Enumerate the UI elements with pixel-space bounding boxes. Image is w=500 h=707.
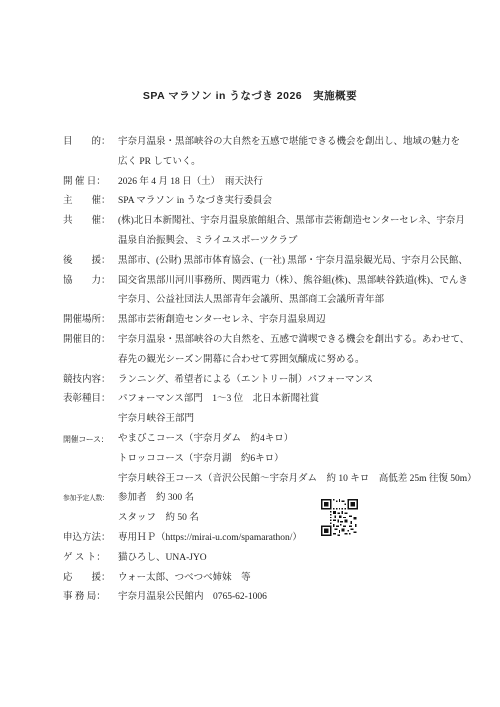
row-line: 黒部市、(公財) 黒部市体育協会、(一社) 黒部・宇奈月温泉観光局、宇奈月公民館… — [118, 252, 468, 272]
row-content: 国交省黒部川河川事務所、関西電力（株）、熊谷組(株)、黒部峡谷鉄道(株)、でんき… — [118, 272, 468, 312]
row-label: 応 援： — [63, 569, 118, 589]
row-content: やまびこコース（宇奈月ダム 約4キロ）トロッココース（宇奈月湖 約6キロ）宇奈月… — [118, 430, 477, 489]
info-row: 協 力：国交省黒部川河川事務所、関西電力（株）、熊谷組(株)、黒部峡谷鉄道(株)… — [63, 272, 448, 312]
row-label: 協 力： — [63, 272, 118, 292]
info-row: 応 援：ウォー太郎、つべつべ姉妹 等 — [63, 569, 448, 589]
row-content: ランニング、希望者による（エントリー制）パフォーマンス — [118, 371, 448, 391]
row-line: ウォー太郎、つべつべ姉妹 等 — [118, 569, 448, 589]
row-label: 開催コース： — [63, 430, 118, 450]
info-row: 主 催：SPA マラソン in うなづき実行委員会 — [63, 192, 448, 212]
row-label: ゲ ス ト： — [63, 549, 118, 569]
info-row: 申込方法：専用ＨＰ（https://mirai-u.com/spamaratho… — [63, 529, 448, 549]
info-row: 事 務 局：宇奈月温泉公民館内 0765-62-1006 — [63, 588, 448, 608]
row-line: 春先の観光シーズン開幕に合わせて雰囲気醸成に努める。 — [118, 351, 469, 371]
info-row: 表彰種目：パフォーマンス部門 1～3 位 北日本新聞社賞宇奈月峡谷王部門 — [63, 390, 448, 430]
row-content: 2026 年 4 月 18 日（土） 雨天決行 — [118, 173, 448, 193]
row-line: トロッココース（宇奈月湖 約6キロ） — [118, 450, 477, 470]
row-content: (株)北日本新聞社、宇奈月温泉旅館組合、黒部市芸術創造センターセレネ、宇奈月温泉… — [118, 212, 465, 252]
row-line: 宇奈月温泉・黒部峡谷の大自然を、五感で満喫できる機会を創出する。あわせて、 — [118, 331, 469, 351]
row-line: 猫ひろし、UNA-JYO — [118, 549, 448, 569]
row-label: 開 催 日： — [63, 173, 118, 193]
row-content: 宇奈月温泉・黒部峡谷の大自然を五感で堪能できる機会を創出し、地域の魅力を広く P… — [118, 133, 460, 173]
document-page: SPA マラソン in うなづき 2026 実施概要 目 的：宇奈月温泉・黒部峡… — [0, 0, 500, 707]
row-content: パフォーマンス部門 1～3 位 北日本新聞社賞宇奈月峡谷王部門 — [118, 390, 448, 430]
info-row: 開 催 日：2026 年 4 月 18 日（土） 雨天決行 — [63, 173, 448, 193]
info-row: 開催場所：黒部市芸術創造センターセレネ、宇奈月温泉周辺 — [63, 311, 448, 331]
row-content: 参加者 約 300 名スタッフ 約 50 名 — [118, 489, 448, 529]
row-label: 開催場所： — [63, 311, 118, 331]
row-line: パフォーマンス部門 1～3 位 北日本新聞社賞 — [118, 390, 448, 410]
info-row: ゲ ス ト：猫ひろし、UNA-JYO — [63, 549, 448, 569]
row-content: SPA マラソン in うなづき実行委員会 — [118, 192, 448, 212]
row-content: ウォー太郎、つべつべ姉妹 等 — [118, 569, 448, 589]
row-line: 温泉自治振興会、ミライユスポーツクラブ — [118, 232, 465, 252]
row-content: 猫ひろし、UNA-JYO — [118, 549, 448, 569]
row-line: 広く PR していく。 — [118, 153, 460, 173]
qr-code-icon — [321, 499, 358, 536]
row-line: 2026 年 4 月 18 日（土） 雨天決行 — [118, 173, 448, 193]
info-row: 競技内容：ランニング、希望者による（エントリー制）パフォーマンス — [63, 371, 448, 391]
row-content: 黒部市芸術創造センターセレネ、宇奈月温泉周辺 — [118, 311, 448, 331]
info-row: 共 催：(株)北日本新聞社、宇奈月温泉旅館組合、黒部市芸術創造センターセレネ、宇… — [63, 212, 448, 252]
row-line: 宇奈月峡谷王部門 — [118, 410, 448, 430]
info-row: 開催目的：宇奈月温泉・黒部峡谷の大自然を、五感で満喫できる機会を創出する。あわせ… — [63, 331, 448, 371]
row-line: 宇奈月温泉・黒部峡谷の大自然を五感で堪能できる機会を創出し、地域の魅力を — [118, 133, 460, 153]
row-label: 共 催： — [63, 212, 118, 232]
info-row: 目 的：宇奈月温泉・黒部峡谷の大自然を五感で堪能できる機会を創出し、地域の魅力を… — [63, 133, 448, 173]
row-label: 参加予定人数： — [63, 489, 118, 509]
row-line: ランニング、希望者による（エントリー制）パフォーマンス — [118, 371, 448, 391]
row-line: 宇奈月峡谷王コース（音沢公民館～宇奈月ダム 約 10 キロ 高低差 25m 往復… — [118, 470, 477, 490]
row-label: 主 催： — [63, 192, 118, 212]
row-content: 黒部市、(公財) 黒部市体育協会、(一社) 黒部・宇奈月温泉観光局、宇奈月公民館… — [118, 252, 468, 272]
qr-code-icon — [321, 499, 358, 536]
row-line: 国交省黒部川河川事務所、関西電力（株）、熊谷組(株)、黒部峡谷鉄道(株)、でんき — [118, 272, 468, 292]
row-line: 宇奈月温泉公民館内 0765-62-1006 — [118, 588, 448, 608]
row-label: 競技内容： — [63, 371, 118, 391]
row-line: 参加者 約 300 名 — [118, 489, 448, 509]
row-label: 開催目的： — [63, 331, 118, 351]
row-line: SPA マラソン in うなづき実行委員会 — [118, 192, 448, 212]
row-content: 宇奈月温泉公民館内 0765-62-1006 — [118, 588, 448, 608]
row-label: 表彰種目： — [63, 390, 118, 410]
row-line: 専用ＨＰ（https://mirai-u.com/spamarathon/） — [118, 529, 448, 549]
row-label: 後 援： — [63, 252, 118, 272]
row-label: 目 的： — [63, 133, 118, 153]
row-content: 専用ＨＰ（https://mirai-u.com/spamarathon/） — [118, 529, 448, 549]
row-content: 宇奈月温泉・黒部峡谷の大自然を、五感で満喫できる機会を創出する。あわせて、春先の… — [118, 331, 469, 371]
row-line: 黒部市芸術創造センターセレネ、宇奈月温泉周辺 — [118, 311, 448, 331]
page-title: SPA マラソン in うなづき 2026 実施概要 — [0, 0, 500, 103]
info-row: 開催コース：やまびこコース（宇奈月ダム 約4キロ）トロッココース（宇奈月湖 約6… — [63, 430, 448, 489]
row-line: 宇奈月、公益社団法人黒部青年会議所、黒部商工会議所青年部 — [118, 291, 468, 311]
row-line: やまびこコース（宇奈月ダム 約4キロ） — [118, 430, 477, 450]
row-label: 申込方法： — [63, 529, 118, 549]
row-line: スタッフ 約 50 名 — [118, 509, 448, 529]
row-label: 事 務 局： — [63, 588, 118, 608]
document-body: 目 的：宇奈月温泉・黒部峡谷の大自然を五感で堪能できる機会を創出し、地域の魅力を… — [63, 133, 448, 608]
info-row: 後 援：黒部市、(公財) 黒部市体育協会、(一社) 黒部・宇奈月温泉観光局、宇奈… — [63, 252, 448, 272]
info-row: 参加予定人数：参加者 約 300 名スタッフ 約 50 名 — [63, 489, 448, 529]
row-line: (株)北日本新聞社、宇奈月温泉旅館組合、黒部市芸術創造センターセレネ、宇奈月 — [118, 212, 465, 232]
